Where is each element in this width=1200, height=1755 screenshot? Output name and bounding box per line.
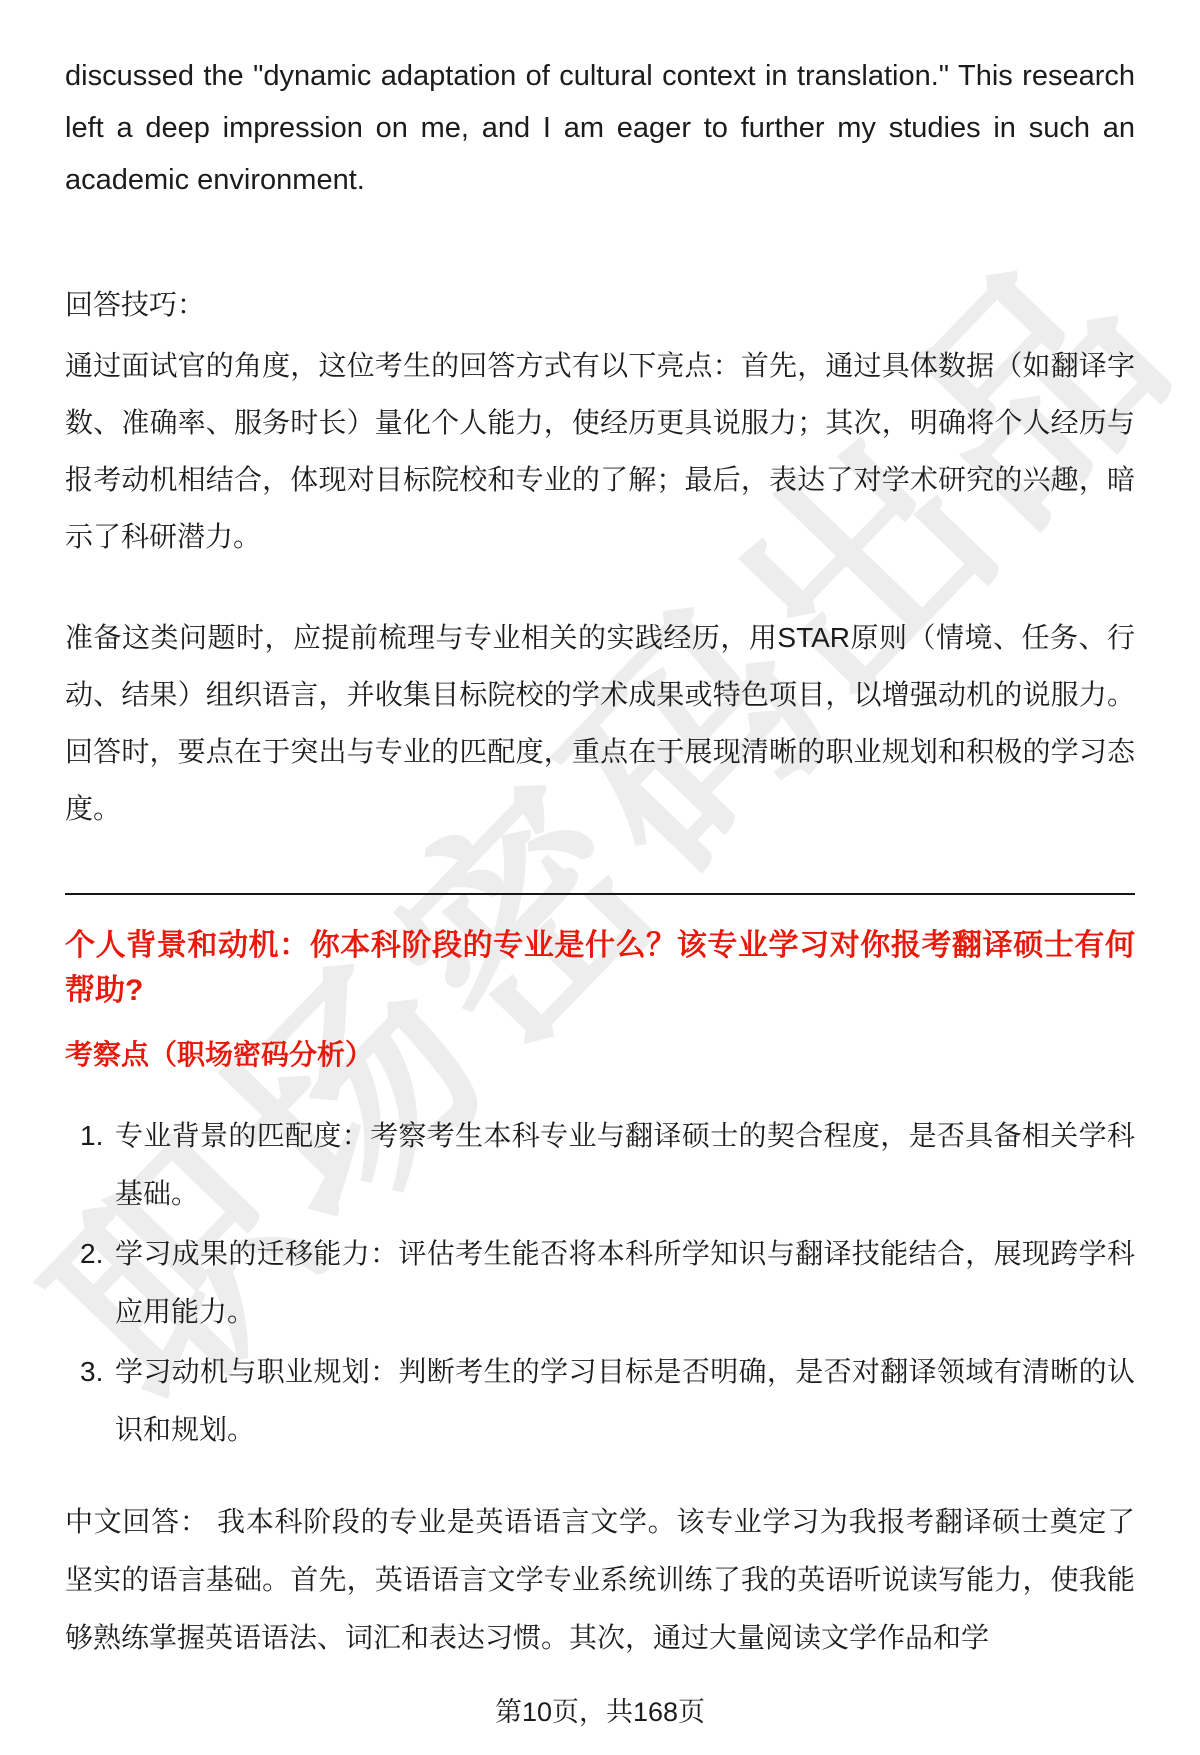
list-item-number: 3.: [65, 1343, 115, 1459]
list-item-text: 学习动机与职业规划：判断考生的学习目标是否明确，是否对翻译领域有清晰的认识和规划…: [115, 1343, 1135, 1459]
answer-tips-paragraph-1: 通过面试官的角度，这位考生的回答方式有以下亮点：首先，通过具体数据（如翻译字数、…: [65, 337, 1135, 565]
answer-tips-label: 回答技巧：: [65, 276, 1135, 333]
list-item-text: 学习成果的迁移能力：评估考生能否将本科所学知识与翻译技能结合，展现跨学科应用能力…: [115, 1225, 1135, 1341]
page-footer: 第10页，共168页: [0, 1690, 1200, 1729]
intro-paragraph-english: discussed the "dynamic adaptation of cul…: [65, 50, 1135, 206]
exam-points-list: 1. 专业背景的匹配度：考察考生本科专业与翻译硕士的契合程度，是否具备相关学科基…: [65, 1107, 1135, 1459]
list-item-number: 2.: [65, 1225, 115, 1341]
list-item-number: 1.: [65, 1107, 115, 1223]
list-item-text: 专业背景的匹配度：考察考生本科专业与翻译硕士的契合程度，是否具备相关学科基础。: [115, 1107, 1135, 1223]
list-item: 3. 学习动机与职业规划：判断考生的学习目标是否明确，是否对翻译领域有清晰的认识…: [65, 1343, 1135, 1459]
answer-tips-paragraph-2: 准备这类问题时，应提前梳理与专业相关的实践经历，用STAR原则（情境、任务、行动…: [65, 609, 1135, 837]
page-content: discussed the "dynamic adaptation of cul…: [0, 0, 1200, 1667]
list-item: 1. 专业背景的匹配度：考察考生本科专业与翻译硕士的契合程度，是否具备相关学科基…: [65, 1107, 1135, 1223]
document-page: 职场密码出品 discussed the "dynamic adaptation…: [0, 0, 1200, 1755]
section-divider: [65, 893, 1135, 895]
exam-points-heading: 考察点（职场密码分析）: [65, 1035, 1135, 1075]
list-item: 2. 学习成果的迁移能力：评估考生能否将本科所学知识与翻译技能结合，展现跨学科应…: [65, 1225, 1135, 1341]
chinese-answer-paragraph: 中文回答： 我本科阶段的专业是英语语言文学。该专业学习为我报考翻译硕士奠定了坚实…: [65, 1493, 1135, 1667]
question-heading: 个人背景和动机：你本科阶段的专业是什么？该专业学习对你报考翻译硕士有何帮助?: [65, 923, 1135, 1013]
